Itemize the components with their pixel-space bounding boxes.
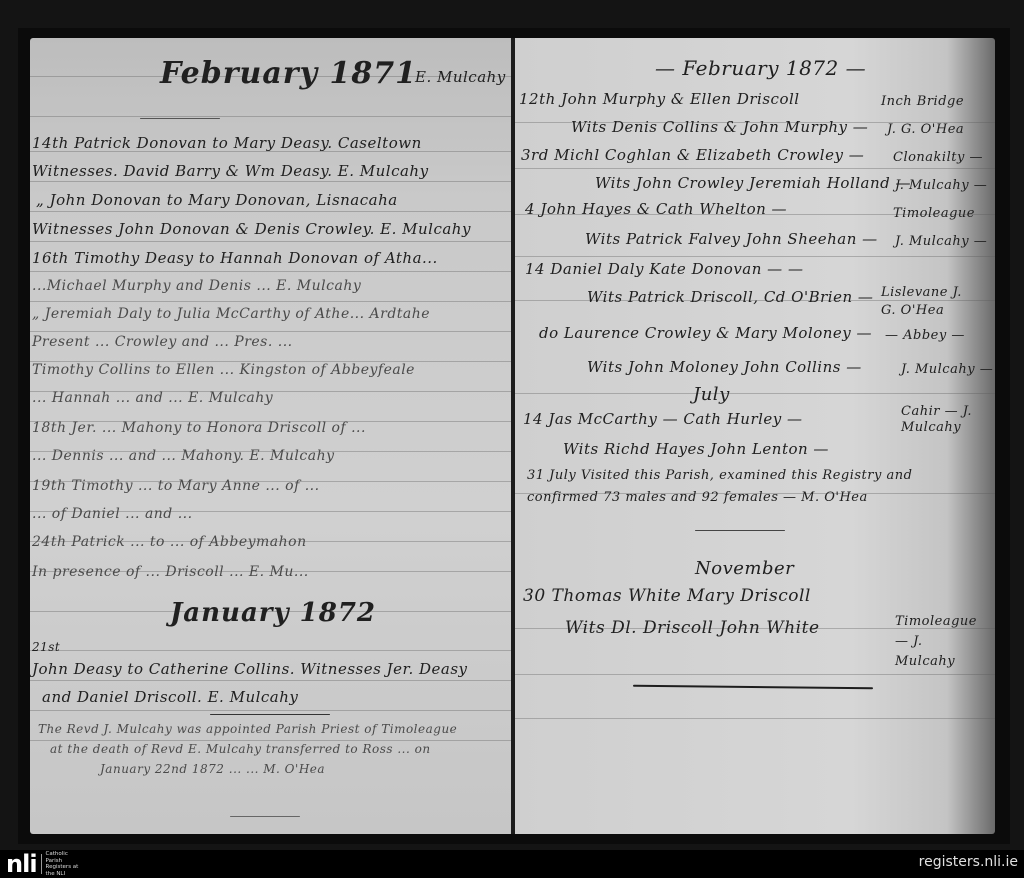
- entry-text: John Murphy & Ellen Driscoll: [561, 90, 800, 108]
- entry-date: „: [32, 306, 40, 322]
- entry-text: ... of Daniel ... and ...: [32, 506, 193, 522]
- right-page-heading: — February 1872 —: [655, 56, 866, 80]
- entry-date: 21st: [32, 640, 60, 654]
- entry-text: ... Dennis ... and ... Mahony. E. Mulcah…: [32, 448, 335, 464]
- entry-margin-note: Lislevane J. G. O'Hea: [881, 284, 971, 320]
- january-1872-heading: January 1872: [170, 598, 376, 628]
- entry-date: 19th: [32, 478, 66, 494]
- entry-margin-note: Cahir — J. Mulcahy: [901, 404, 981, 436]
- entry-text: Michl Coghlan & Elizabeth Crowley —: [554, 146, 864, 164]
- nli-logo[interactable]: nli Catholic Parish Registers at the NLI: [6, 852, 86, 876]
- entry-text: Patrick Donovan to Mary Deasy. Caseltown: [74, 134, 422, 152]
- entry-margin-note: Timoleague — J. Mulcahy: [895, 612, 985, 672]
- entry-text: Timothy Deasy to Hannah Donovan of Atha.…: [74, 249, 438, 267]
- entry-text: In presence of ... Driscoll ... E. Mu...: [32, 564, 309, 580]
- entry-date: 3rd: [521, 146, 549, 164]
- nli-logo-mark: nli: [6, 852, 37, 876]
- entry-date: 18th: [32, 420, 66, 436]
- note-line: January 22nd 1872 ... ... M. O'Hea: [100, 762, 325, 776]
- entry-date: 14: [525, 260, 545, 278]
- entry-margin-note: Clonakilty —: [893, 150, 983, 165]
- heading-signature: E. Mulcahy: [415, 68, 506, 86]
- left-page: February 1871 E. Mulcahy 14th Patrick Do…: [30, 38, 512, 834]
- entry-date: 16th: [32, 249, 69, 267]
- entry-text: Wits John Moloney John Collins —: [587, 358, 862, 376]
- entry-margin-note: J. G. O'Hea: [887, 122, 964, 137]
- entry-text: John Hayes & Cath Whelton —: [540, 200, 787, 218]
- entry-text: Witnesses John Donovan & Denis Crowley. …: [32, 220, 471, 238]
- entry-margin-note: J. Mulcahy —: [895, 234, 987, 249]
- logo-divider: [41, 854, 42, 874]
- entry-text: Jeremiah Daly to Julia McCarthy of Athe.…: [45, 306, 430, 322]
- registers-site-link[interactable]: registers.nli.ie: [919, 854, 1018, 870]
- entry-text: John Donovan to Mary Donovan, Lisnacaha: [50, 191, 398, 209]
- entry-text: Jas McCarthy — Cath Hurley —: [548, 410, 802, 428]
- entry-margin-note: J. Mulcahy —: [895, 178, 987, 193]
- entry-text: ... Hannah ... and ... E. Mulcahy: [32, 390, 273, 406]
- entry-margin-note: Inch Bridge: [881, 94, 964, 109]
- register-image-viewer: February 1871 E. Mulcahy 14th Patrick Do…: [0, 0, 1024, 850]
- entry-date: 24th: [32, 534, 66, 550]
- right-page: — February 1872 — 12th John Murphy & Ell…: [515, 38, 995, 834]
- entry-margin-note: Timoleague: [893, 206, 975, 221]
- entry-margin-note: J. Mulcahy —: [901, 362, 993, 377]
- month-label-november: November: [695, 558, 794, 579]
- entry-date: 31 July: [527, 468, 576, 483]
- entry-text: confirmed 73 males and 92 females — M. O…: [527, 490, 868, 505]
- entry-text: Wits Denis Collins & John Murphy —: [571, 118, 868, 136]
- entry-margin-note: — Abbey —: [885, 328, 965, 343]
- left-page-heading: February 1871: [160, 56, 417, 91]
- entry-text: John Deasy to Catherine Collins. Witness…: [32, 660, 468, 678]
- footer-bar: nli Catholic Parish Registers at the NLI…: [0, 850, 1024, 878]
- entry-text: Present ... Crowley and ... Pres. ...: [32, 334, 293, 350]
- month-label-july: July: [693, 384, 730, 405]
- entry-text: Patrick ... to ... of Abbeymahon: [71, 534, 306, 550]
- entry-date: 30: [523, 586, 546, 606]
- register-book-spread: February 1871 E. Mulcahy 14th Patrick Do…: [18, 28, 1010, 844]
- note-line: The Revd J. Mulcahy was appointed Parish…: [38, 722, 457, 736]
- entry-text: Wits Patrick Falvey John Sheehan —: [585, 230, 878, 248]
- entry-text: Daniel Daly Kate Donovan — —: [550, 260, 803, 278]
- entry-date: 14th: [32, 134, 69, 152]
- entry-text: Witnesses. David Barry & Wm Deasy. E. Mu…: [32, 162, 429, 180]
- entry-text: Thomas White Mary Driscoll: [552, 586, 811, 606]
- entry-text: Wits Dl. Driscoll John White: [565, 618, 820, 638]
- nli-logo-text: Catholic Parish Registers at the NLI: [46, 851, 86, 877]
- entry-text: Visited this Parish, examined this Regis…: [581, 468, 913, 483]
- entry-date: 14: [523, 410, 543, 428]
- entry-text: and Daniel Driscoll. E. Mulcahy: [42, 688, 298, 706]
- entry-date: „: [36, 191, 44, 209]
- entry-text: Wits John Crowley Jeremiah Holland —: [595, 174, 911, 192]
- entry-date: do: [539, 324, 559, 342]
- entry-text: Wits Richd Hayes John Lenton —: [563, 440, 829, 458]
- entry-date: 12th: [519, 90, 556, 108]
- entry-text: Timothy ... to Mary Anne ... of ...: [71, 478, 319, 494]
- note-line: at the death of Revd E. Mulcahy transfer…: [50, 742, 431, 756]
- entry-date: 4: [525, 200, 535, 218]
- entry-text: Timothy Collins to Ellen ... Kingston of…: [32, 362, 415, 378]
- entry-text: Jer. ... Mahony to Honora Driscoll of ..…: [71, 420, 366, 436]
- entry-text: ...Michael Murphy and Denis ... E. Mulca…: [32, 278, 361, 294]
- entry-text: Laurence Crowley & Mary Moloney —: [564, 324, 872, 342]
- entry-text: Wits Patrick Driscoll, Cd O'Brien —: [587, 288, 873, 306]
